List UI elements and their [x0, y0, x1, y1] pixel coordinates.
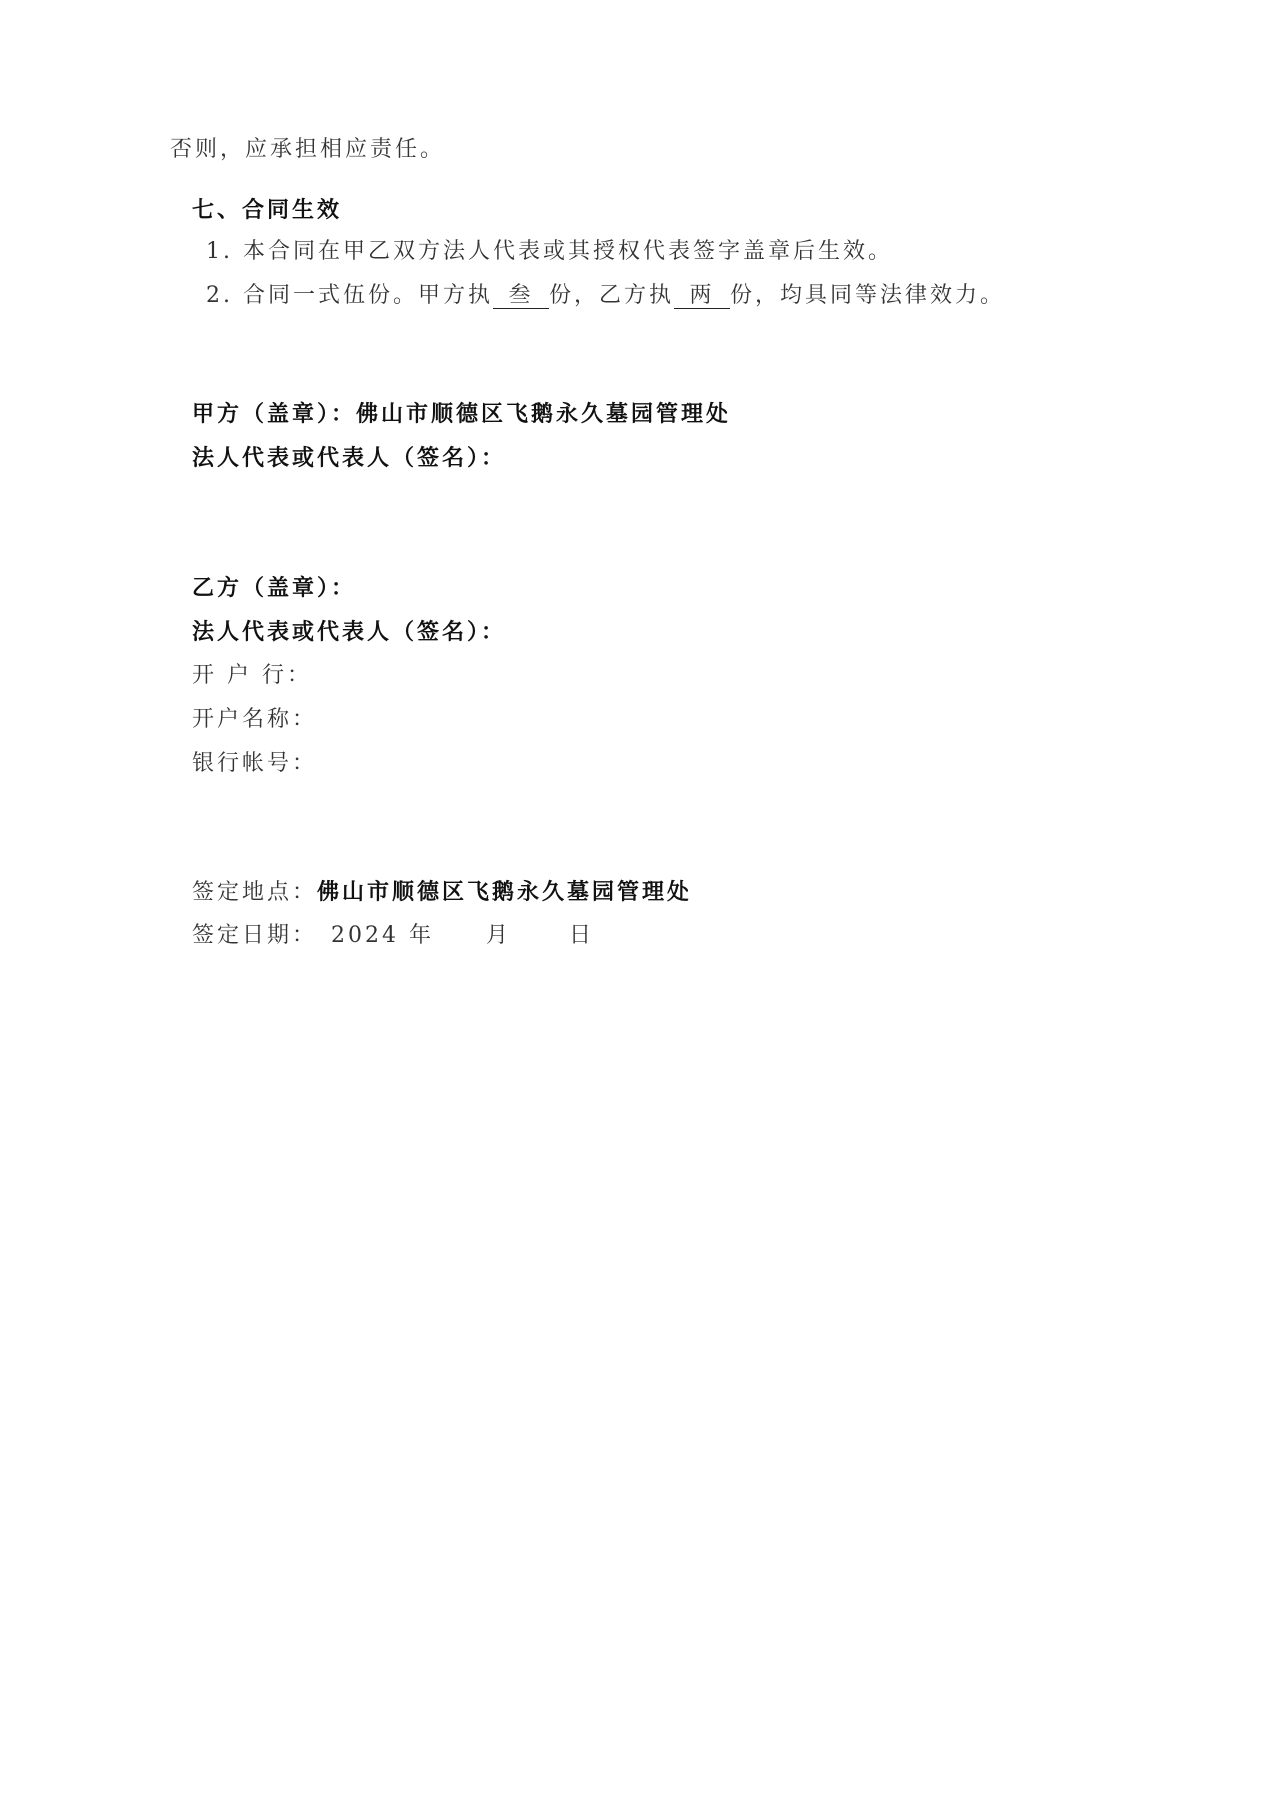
signing-place-value: 佛山市顺德区飞鹅永久墓园管理处 [317, 879, 692, 905]
clause-number: 1. [206, 239, 233, 264]
party-a-name: 佛山市顺德区飞鹅永久墓园管理处 [356, 401, 731, 427]
month-unit: 月 [486, 923, 511, 948]
day-unit: 日 [569, 923, 594, 948]
signing-place-line: 签定地点：佛山市顺德区飞鹅永久墓园管理处 [192, 878, 692, 907]
clause-text-middle: 份，乙方执 [549, 283, 674, 308]
bank-label: 开 户 行： [192, 662, 312, 690]
year-unit: 年 [409, 923, 434, 948]
clause-2: 2. 合同一式伍份。甲方执叁份，乙方执两份，均具同等法律效力。 [206, 282, 1005, 310]
clause-text-after: 份，均具同等法律效力。 [730, 283, 1005, 308]
clause-text-before: 合同一式伍份。甲方执 [243, 283, 493, 308]
signing-date-label: 签定日期： [192, 923, 317, 948]
account-name-label: 开户名称： [192, 706, 317, 734]
section-title: 七、合同生效 [192, 196, 342, 224]
clause-text: 本合同在甲乙双方法人代表或其授权代表签字盖章后生效。 [243, 239, 893, 264]
continuation-text: 否则，应承担相应责任。 [170, 136, 445, 164]
signing-date-line: 签定日期： 2024 年月日 [192, 922, 594, 950]
party-b-signature-label: 法人代表或代表人（签名）： [192, 618, 506, 646]
party-a-copies-field: 叁 [493, 284, 549, 309]
signing-place-label: 签定地点： [192, 880, 317, 905]
party-b-seal-label: 乙方（盖章）： [192, 574, 356, 602]
clause-number: 2. [206, 283, 233, 308]
clause-1: 1. 本合同在甲乙双方法人代表或其授权代表签字盖章后生效。 [206, 238, 893, 266]
party-a-signature-label: 法人代表或代表人（签名）： [192, 444, 506, 472]
party-a-seal-line: 甲方（盖章）：佛山市顺德区飞鹅永久墓园管理处 [192, 400, 731, 428]
signing-year: 2024 [331, 923, 399, 948]
party-b-copies-field: 两 [674, 284, 730, 309]
party-a-seal-label: 甲方（盖章）： [192, 401, 356, 427]
account-number-label: 银行帐号： [192, 750, 317, 778]
